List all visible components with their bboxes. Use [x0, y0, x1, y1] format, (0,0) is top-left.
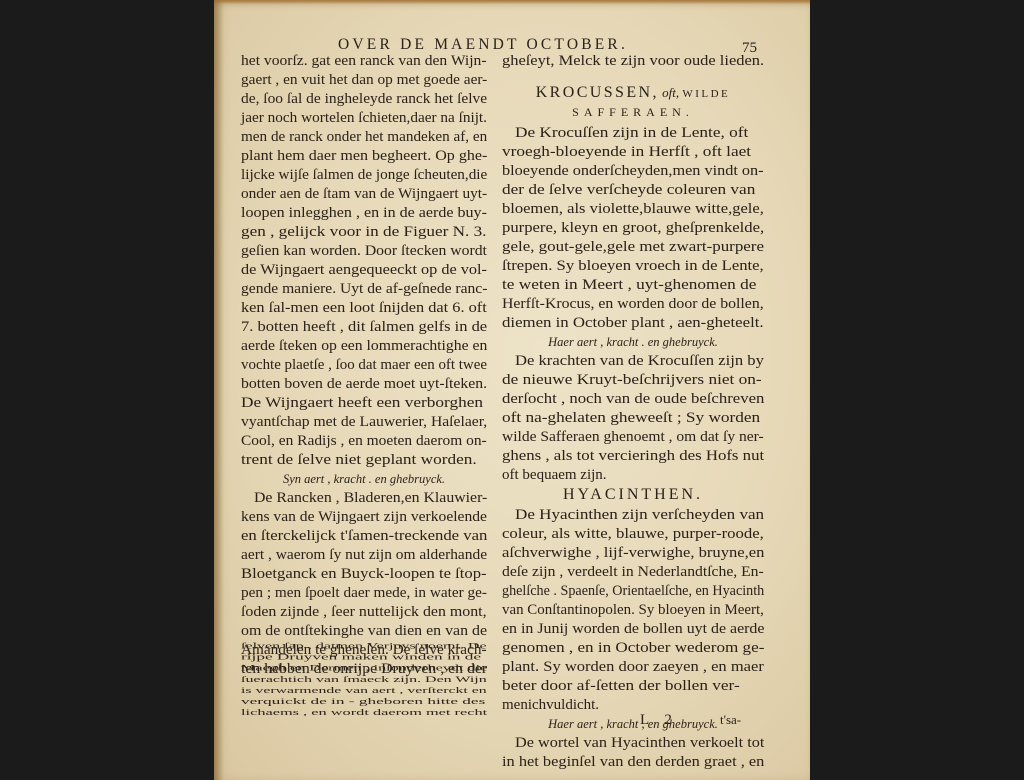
section-subheading: Syn aert , kracht . en ghebruyck. [241, 470, 487, 488]
text-line: verquickt de in - gheboren hitte des [241, 696, 485, 707]
text-line: en in Junij worden de bollen uyt de aerd… [502, 620, 764, 638]
text-line: ghens , als tot vercieringh des Hofs nut [502, 447, 764, 465]
text-line: bloeyende onderſcheyden,men vindt on- [502, 162, 764, 180]
section-heading-safferaen: SAFFERAEN. [502, 103, 764, 121]
text-line: De Wijngaert heeft een verborghen [241, 394, 483, 412]
text-line: jaer noch wortelen ſchieten,daer na ſnij… [241, 109, 487, 127]
text-line: vochte plaetſe , ſoo dat maer een oft tw… [241, 356, 487, 374]
text-line: het voorſz. gat een ranck van den Wijn- [241, 52, 487, 70]
text-line: oft bequaem zijn. [502, 466, 607, 484]
text-line: ſtrepen. Sy bloeyen vroech in de Lente, [502, 257, 764, 275]
text-line: ghelſche . Spaenſe, Orientaelſche, en Hy… [502, 582, 764, 600]
text-line: gen , gelijck voor in de Figuer N. 3. [241, 223, 486, 241]
text-line: derſocht , noch van de oude beſchreven [502, 390, 764, 408]
text-line: om de ontſtekinghe van dien en van de [241, 622, 487, 640]
text-line: gaert , en vuit het dan op met goede aer… [241, 71, 487, 89]
text-line: ken ſal-men een loot ſnijden dat 6. oft [241, 299, 487, 317]
text-line: gele, gout-gele,gele met zwart-purpere [502, 238, 764, 256]
text-line: beter door af-ſetten der bollen ver- [502, 677, 740, 695]
text-line: ſelven ſap , datmen Verjuys noemt. De [241, 641, 487, 652]
text-line: Maegh en Dermen , inſonderheydt die [241, 663, 487, 674]
text-line: coleur, als witte, blauwe, purper-roode, [502, 525, 764, 543]
text-line: aſchverwighe , lijf-verwighe, bruyne,en [502, 544, 764, 562]
text-line: van Conſtantinopolen. Sy bloeyen in Meer… [502, 601, 764, 619]
text-line: menichvuldicht. [502, 696, 599, 714]
text-line: vroegh-bloeyende in Herfſt , oft laet [502, 143, 751, 161]
text-line: geſien kan worden. Door ſtecken wordt [241, 242, 487, 260]
heading-italic: oft, [659, 85, 682, 100]
text-line: Herfſt-Krocus, en worden door de bollen, [502, 295, 764, 313]
text-line: lichaems , en wordt daerom met recht [241, 708, 487, 719]
text-line: purpere, kleyn en groot, gheſprenkelde, [502, 219, 764, 237]
heading-main: KROCUSSEN, [536, 84, 659, 101]
text-line: De Rancken , Bladeren,en Klauwier- [254, 489, 487, 507]
text-line: deſe zijn , verdeelt in Nederlandtſche, … [502, 563, 764, 581]
text-line: in het beginſel van den derden graet , e… [502, 753, 764, 771]
text-line: Cool, en Radijs , en moeten daerom on- [241, 432, 487, 450]
catchword: t'sa- [720, 712, 741, 728]
text-line: plant hem daer men begheert. Op ghe- [241, 147, 487, 165]
text-line: de Wijngaert aengequeeckt op de vol- [241, 261, 487, 279]
text-line: De Hyacinthen zijn verſcheyden van [515, 506, 764, 524]
text-line: gende maniere. Uyt de af-geſnede ranc- [241, 280, 487, 298]
text-line: en ſterckelijck t'ſamen-treckende van [241, 527, 487, 545]
section-heading-hyacinthen: HYACINTHEN. [502, 486, 764, 504]
text-line: men de ranck onder het mandeken af, en [241, 128, 487, 146]
text-line: onder aen de ſtam van de Wijngaert uyt- [241, 185, 487, 203]
text-line: trent de ſelve niet geplant worden. [241, 451, 477, 469]
text-line: der de ſelve verſcheyde coleuren van [502, 181, 755, 199]
text-line: Bloetganck en Buyck-loopen te ſtop- [241, 565, 487, 583]
text-line: gheſeyt, Melck te zijn voor oude lieden. [502, 52, 764, 70]
text-line: is verwarmende van aert , verſterckt en [241, 685, 487, 696]
text-line: wilde Safferaen ghenoemt , om dat ſy ner… [502, 428, 764, 446]
text-line: De wortel van Hyacinthen verkoelt tot [515, 734, 764, 752]
text-line: De Krocuſſen zijn in de Lente, oft [515, 124, 748, 142]
text-line: loopen inlegghen , en in de aerde buy- [241, 204, 487, 222]
text-line: De krachten van de Krocuſſen zijn by [515, 352, 764, 370]
text-line: aert , waerom ſy nut zijn om alderhande [241, 546, 487, 564]
text-line: ſoden zijnde , ſeer nuttelijck den mont, [241, 603, 487, 621]
text-line: 7. botten heeft , dit ſalmen gelfs in de [241, 318, 487, 336]
text-line: bloemen, als violette,blauwe witte,gele, [502, 200, 764, 218]
text-line: ſuerachtich van ſmaeck zijn. Den Wijn [241, 674, 487, 685]
scan-viewer: OVER DE MAENDT OCTOBER. 75 het voorſz. g… [0, 0, 1024, 780]
text-line: aerde ſteken op een lommerachtighe en [241, 337, 487, 355]
text-line: genomen , en in October wederom ge- [502, 639, 764, 657]
text-line: te weten in Meert , uyt-ghenomen de [502, 276, 756, 294]
text-line: rijpe Druyven maken winden in de [241, 652, 481, 663]
signature-mark: L 2 [640, 712, 678, 729]
text-line: de, ſoo ſal de ingheleyde ranck het ſelv… [241, 90, 487, 108]
text-line: botten boven de aerde moet uyt-ſteken. [241, 375, 487, 393]
text-line: plant. Sy worden door zaeyen , en maer [502, 658, 764, 676]
text-line: vyantſchap met de Lauwerier, Haſelaer, [241, 413, 487, 431]
text-line: pen ; men ſpoelt daer mede, in water ge- [241, 584, 487, 602]
heading-small: WILDE [682, 88, 730, 100]
text-line: kens van de Wijngaert zijn verkoelende [241, 508, 487, 526]
text-line: diemen in October plant , aen-gheteelt. [502, 314, 764, 332]
page-top-edge [214, 0, 810, 4]
text-line: oft na-ghelaten gheweeſt ; Sy worden [502, 409, 760, 427]
section-subheading: Haer aert , kracht . en ghebruyck. [502, 333, 764, 351]
text-line: lijcke wijſe ſalmen de jonge ſcheuten,di… [241, 166, 487, 184]
text-line: de nieuwe Kruyt-beſchrijvers niet on- [502, 371, 762, 389]
page-gutter-shadow [214, 0, 224, 780]
section-heading-krocussen: KROCUSSEN, oft, WILDE [502, 84, 764, 103]
